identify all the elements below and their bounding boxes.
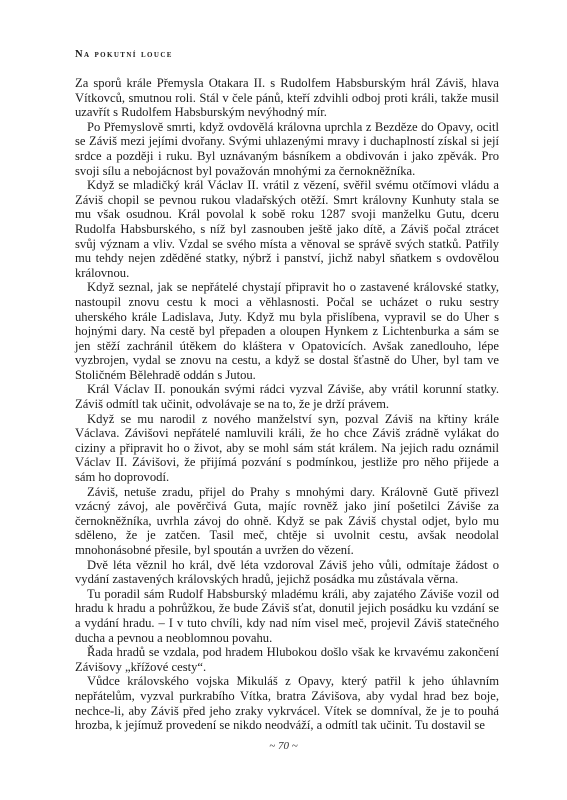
- chapter-heading: Na pokutní louce: [75, 49, 173, 60]
- paragraph: Řada hradů se vzdala, pod hradem Hluboko…: [75, 645, 499, 674]
- paragraph: Záviš, netuše zradu, přijel do Prahy s m…: [75, 485, 499, 558]
- paragraph: Král Václav II. ponoukán svými rádci vyz…: [75, 382, 499, 411]
- paragraph: Když se mu narodil z nového manželství s…: [75, 412, 499, 485]
- book-page: Na pokutní louce Za sporů krále Přemysla…: [0, 0, 567, 800]
- paragraph: Když se mladičký král Václav II. vrátil …: [75, 178, 499, 280]
- paragraph: Po Přemyslově smrti, když ovdovělá králo…: [75, 120, 499, 178]
- body-text: Za sporů krále Přemysla Otakara II. s Ru…: [75, 76, 499, 733]
- page-number: ~ 70 ~: [0, 740, 567, 752]
- paragraph: Když seznal, jak se nepřátelé chystají p…: [75, 280, 499, 382]
- paragraph: Dvě léta věznil ho král, dvě léta vzdoro…: [75, 558, 499, 587]
- paragraph: Za sporů krále Přemysla Otakara II. s Ru…: [75, 76, 499, 120]
- paragraph: Vůdce královského vojska Mikuláš z Opavy…: [75, 674, 499, 732]
- paragraph: Tu poradil sám Rudolf Habsburský mladému…: [75, 587, 499, 645]
